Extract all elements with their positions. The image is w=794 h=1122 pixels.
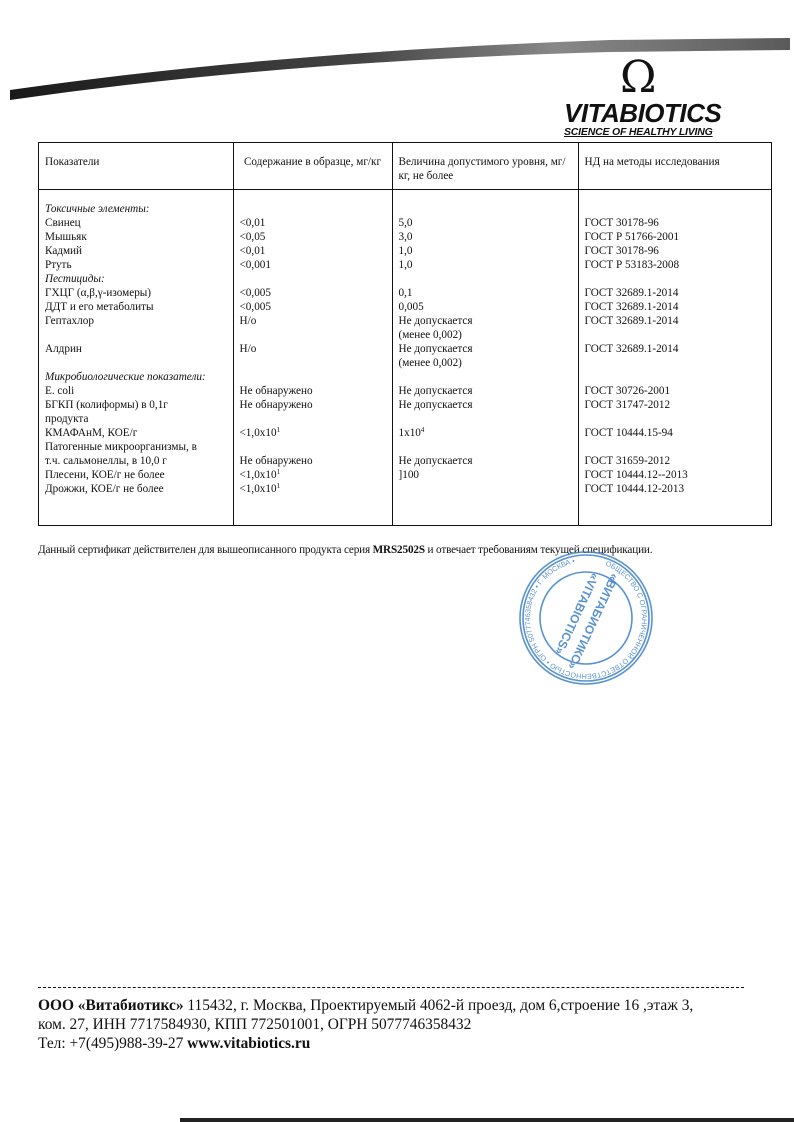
cell-text: 0,005 — [399, 301, 424, 313]
cell-text: <0,05 — [240, 231, 266, 243]
cell-text: ГОСТ 32689.1-2014 — [585, 301, 679, 313]
cell-indicator: Алдрин — [45, 342, 227, 356]
cell-text: Мышьяк — [45, 231, 87, 243]
cell-indicator: Свинец — [45, 216, 227, 230]
cell-content: <0,005 — [240, 300, 386, 314]
cell-text: Пестициды: — [45, 273, 105, 285]
cell-content: <0,001 — [240, 258, 386, 272]
exponent: 1 — [277, 482, 281, 490]
cell-indicator: E. coli — [45, 384, 227, 398]
cell-method: ГОСТ 30178-96 — [585, 244, 766, 258]
cell-text: Свинец — [45, 217, 81, 229]
results-table: Показатели Содержание в образце, мг/кг В… — [39, 143, 771, 525]
note-text-before: Данный сертификат действителен для вышео… — [38, 544, 373, 556]
cell-content: Не обнаружено — [240, 384, 386, 398]
cell-limit: Не допускается — [399, 454, 572, 468]
company-name: ООО «Витабиотикс» — [38, 997, 184, 1014]
cell-text: Не допускается — [399, 385, 473, 397]
cell-text: т.ч. сальмонеллы, в 10,0 г — [45, 455, 167, 467]
cell-limit: (менее 0,002) — [399, 328, 572, 342]
cell-indicator: Ртуть — [45, 258, 227, 272]
cell-content: Н/о — [240, 314, 386, 328]
cell-method — [585, 328, 766, 342]
cell-text: Дрожжи, КОЕ/г не более — [45, 483, 164, 495]
cell-text: КМАФАнМ, КОЕ/г — [45, 427, 137, 439]
cell-limit: 1x104 — [399, 426, 572, 440]
exponent: 1 — [277, 426, 281, 434]
cell-text: <0,01 — [240, 245, 266, 257]
brand-name: VITABIOTICS — [564, 100, 721, 126]
svg-text:ОБЩЕСТВО С ОГРАНИЧЕННОЙ ОТВЕТС: ОБЩЕСТВО С ОГРАНИЧЕННОЙ ОТВЕТСТВЕННОСТЬЮ… — [516, 548, 656, 688]
cell-limit: ]100 — [399, 468, 572, 482]
cell-content — [240, 370, 386, 384]
omega-logo-icon: Ω — [620, 56, 656, 100]
cell-text: <0,001 — [240, 259, 271, 271]
cell-method: ГОСТ 30726-2001 — [585, 384, 766, 398]
cell-text: Кадмий — [45, 245, 82, 257]
cell-indicator: Плесени, КОЕ/г не более — [45, 468, 227, 482]
cell-text: Микробиологические показатели: — [45, 371, 206, 383]
header-indicator: Показатели — [39, 143, 233, 190]
cell-method: ГОСТ 10444.12-2013 — [585, 482, 766, 496]
cell-text: ГОСТ 10444.15-94 — [585, 427, 673, 439]
cell-text: ГОСТ 10444.12--2013 — [585, 469, 688, 481]
cell-indicator: КМАФАнМ, КОЕ/г — [45, 426, 227, 440]
cell-text: ГОСТ 30178-96 — [585, 217, 659, 229]
cell-text: Не обнаружено — [240, 455, 313, 467]
cell-text: (менее 0,002) — [399, 357, 462, 369]
cell-text: <1,0x10 — [240, 427, 277, 439]
cell-method — [585, 440, 766, 454]
cell-indicator: т.ч. сальмонеллы, в 10,0 г — [45, 454, 227, 468]
cell-method — [585, 272, 766, 286]
cell-text: Не допускается — [399, 343, 473, 355]
cell-text: ГОСТ 32689.1-2014 — [585, 343, 679, 355]
cell-content: <0,005 — [240, 286, 386, 300]
cell-limit: Не допускается — [399, 384, 572, 398]
cell-text: 5,0 — [399, 217, 413, 229]
scan-bottom-edge — [180, 1118, 794, 1122]
cell-text: ГОСТ 30726-2001 — [585, 385, 671, 397]
table-body-row: Токсичные элементы:СвинецМышьякКадмийРту… — [39, 190, 771, 526]
cell-method — [585, 202, 766, 216]
cell-limit — [399, 440, 572, 454]
cell-limit: 0,1 — [399, 286, 572, 300]
cell-method: ГОСТ 32689.1-2014 — [585, 314, 766, 328]
cell-limit: Не допускается — [399, 342, 572, 356]
cell-text: ГОСТ Р 51766-2001 — [585, 231, 680, 243]
cell-method: ГОСТ 32689.1-2014 — [585, 286, 766, 300]
cell-text: Не обнаружено — [240, 399, 313, 411]
results-table-frame: Показатели Содержание в образце, мг/кг В… — [38, 142, 772, 526]
cell-content: Н/о — [240, 342, 386, 356]
cell-limit — [399, 202, 572, 216]
cell-method: ГОСТ 10444.12--2013 — [585, 468, 766, 482]
table-header-row: Показатели Содержание в образце, мг/кг В… — [39, 143, 771, 190]
cell-method — [585, 356, 766, 370]
cell-limit — [399, 412, 572, 426]
cell-text: ГОСТ Р 53183-2008 — [585, 259, 680, 271]
cell-text: ГОСТ 32689.1-2014 — [585, 287, 679, 299]
cell-content: <0,05 — [240, 230, 386, 244]
footer-divider — [38, 987, 744, 988]
cell-text: Ртуть — [45, 259, 72, 271]
exponent: 1 — [277, 468, 281, 476]
cell-text: ГХЦГ (α,β,γ-изомеры) — [45, 287, 151, 299]
cell-indicator: Дрожжи, КОЕ/г не более — [45, 482, 227, 496]
company-stamp: ОБЩЕСТВО С ОГРАНИЧЕННОЙ ОТВЕТСТВЕННОСТЬЮ… — [516, 548, 656, 688]
section-heading: Микробиологические показатели: — [45, 370, 227, 384]
cell-method — [585, 370, 766, 384]
header-content: Содержание в образце, мг/кг — [233, 143, 392, 190]
vitabiotics-logo: Ω VITABIOTICS SCIENCE OF HEALTHY LIVING — [562, 62, 762, 142]
cell-indicator: продукта — [45, 412, 227, 426]
cell-text: Н/о — [240, 315, 257, 327]
cell-text: 0,1 — [399, 287, 413, 299]
section-heading: Пестициды: — [45, 272, 227, 286]
cell-text: <0,01 — [240, 217, 266, 229]
cell-text: ГОСТ 30178-96 — [585, 245, 659, 257]
cell-limit: (менее 0,002) — [399, 356, 572, 370]
cell-method — [585, 412, 766, 426]
cell-method: ГОСТ 10444.15-94 — [585, 426, 766, 440]
cell-content — [240, 202, 386, 216]
cell-limit — [399, 370, 572, 384]
cell-text: <1,0x10 — [240, 469, 277, 481]
cell-content — [240, 356, 386, 370]
cell-limit: 5,0 — [399, 216, 572, 230]
cell-text: ГОСТ 31659-2012 — [585, 455, 671, 467]
cell-method: ГОСТ Р 53183-2008 — [585, 258, 766, 272]
series-number: MRS2502S — [373, 544, 425, 556]
cell-text: ГОСТ 31747-2012 — [585, 399, 671, 411]
company-footer: ООО «Витабиотикс» 115432, г. Москва, Про… — [38, 996, 693, 1053]
cell-text: ГОСТ 10444.12-2013 — [585, 483, 685, 495]
cell-content — [240, 272, 386, 286]
header-method: НД на методы исследования — [578, 143, 771, 190]
cell-limit: 1,0 — [399, 244, 572, 258]
cell-text: Патогенные микроорганизмы, в — [45, 441, 197, 453]
cell-limit: 1,0 — [399, 258, 572, 272]
company-phone: Тел: +7(495)988-39-27 — [38, 1035, 187, 1052]
cell-text: <0,005 — [240, 301, 271, 313]
cell-text: ]100 — [399, 469, 420, 481]
company-address-2: ком. 27, ИНН 7717584930, КПП 772501001, … — [38, 1015, 693, 1034]
cell-method: ГОСТ 32689.1-2014 — [585, 300, 766, 314]
cell-text: 1x10 — [399, 427, 421, 439]
indicator-column: Токсичные элементы:СвинецМышьякКадмийРту… — [39, 190, 233, 526]
cell-text: Гептахлор — [45, 315, 94, 327]
cell-limit: Не допускается — [399, 314, 572, 328]
stamp-ring-text: ОБЩЕСТВО С ОГРАНИЧЕННОЙ ОТВЕТСТВЕННОСТЬЮ… — [516, 548, 656, 688]
cell-limit: Не допускается — [399, 398, 572, 412]
cell-text: (менее 0,002) — [399, 329, 462, 341]
method-column: ГОСТ 30178-96ГОСТ Р 51766-2001ГОСТ 30178… — [578, 190, 771, 526]
cell-indicator: Патогенные микроорганизмы, в — [45, 440, 227, 454]
cell-indicator: Гептахлор — [45, 314, 227, 328]
cell-content: <0,01 — [240, 216, 386, 230]
cell-limit — [399, 482, 572, 496]
brand-tagline: SCIENCE OF HEALTHY LIVING — [564, 126, 713, 138]
cell-method: ГОСТ 31747-2012 — [585, 398, 766, 412]
cell-text: Н/о — [240, 343, 257, 355]
cell-text: Не допускается — [399, 399, 473, 411]
cell-indicator: ДДТ и его метаболиты — [45, 300, 227, 314]
cell-text: ДДТ и его метаболиты — [45, 301, 154, 313]
cell-content: <1,0x101 — [240, 482, 386, 496]
cell-method: ГОСТ 30178-96 — [585, 216, 766, 230]
company-address-1: 115432, г. Москва, Проектируемый 4062-й … — [184, 997, 694, 1014]
cell-indicator: Кадмий — [45, 244, 227, 258]
cell-content: <1,0x101 — [240, 468, 386, 482]
cell-content: <0,01 — [240, 244, 386, 258]
cell-text: 3,0 — [399, 231, 413, 243]
section-heading: Токсичные элементы: — [45, 202, 227, 216]
cell-text: Плесени, КОЕ/г не более — [45, 469, 165, 481]
cell-content: <1,0x101 — [240, 426, 386, 440]
cell-method: ГОСТ 32689.1-2014 — [585, 342, 766, 356]
header-limit: Величина допустимого уровня, мг/кг, не б… — [392, 143, 578, 190]
cell-text: продукта — [45, 413, 88, 425]
cell-text: E. coli — [45, 385, 74, 397]
exponent: 4 — [421, 426, 425, 434]
cell-text: 1,0 — [399, 259, 413, 271]
cell-text: <0,005 — [240, 287, 271, 299]
cell-indicator: БГКП (колиформы) в 0,1г — [45, 398, 227, 412]
cell-indicator — [45, 328, 227, 342]
cell-limit: 3,0 — [399, 230, 572, 244]
cell-text: Алдрин — [45, 343, 82, 355]
cell-text: Не обнаружено — [240, 385, 313, 397]
cell-limit — [399, 272, 572, 286]
cell-content — [240, 412, 386, 426]
company-website[interactable]: www.vitabiotics.ru — [187, 1035, 310, 1052]
cell-text: <1,0x10 — [240, 483, 277, 495]
content-column: <0,01<0,05<0,01<0,001<0,005<0,005Н/оН/оН… — [233, 190, 392, 526]
cell-text: Не допускается — [399, 315, 473, 327]
cell-indicator — [45, 356, 227, 370]
limit-column: 5,03,01,01,00,10,005Не допускается(менее… — [392, 190, 578, 526]
cell-content — [240, 440, 386, 454]
cell-limit: 0,005 — [399, 300, 572, 314]
cell-content: Не обнаружено — [240, 454, 386, 468]
cell-indicator: ГХЦГ (α,β,γ-изомеры) — [45, 286, 227, 300]
cell-method: ГОСТ Р 51766-2001 — [585, 230, 766, 244]
cell-method: ГОСТ 31659-2012 — [585, 454, 766, 468]
footer-line-1: ООО «Витабиотикс» 115432, г. Москва, Про… — [38, 996, 693, 1015]
cell-indicator: Мышьяк — [45, 230, 227, 244]
cell-text: Не допускается — [399, 455, 473, 467]
cell-text: ГОСТ 32689.1-2014 — [585, 315, 679, 327]
footer-line-3: Тел: +7(495)988-39-27 www.vitabiotics.ru — [38, 1034, 693, 1053]
cell-text: Токсичные элементы: — [45, 203, 150, 215]
cell-content — [240, 328, 386, 342]
cell-content: Не обнаружено — [240, 398, 386, 412]
cell-text: 1,0 — [399, 245, 413, 257]
cell-text: БГКП (колиформы) в 0,1г — [45, 399, 168, 411]
